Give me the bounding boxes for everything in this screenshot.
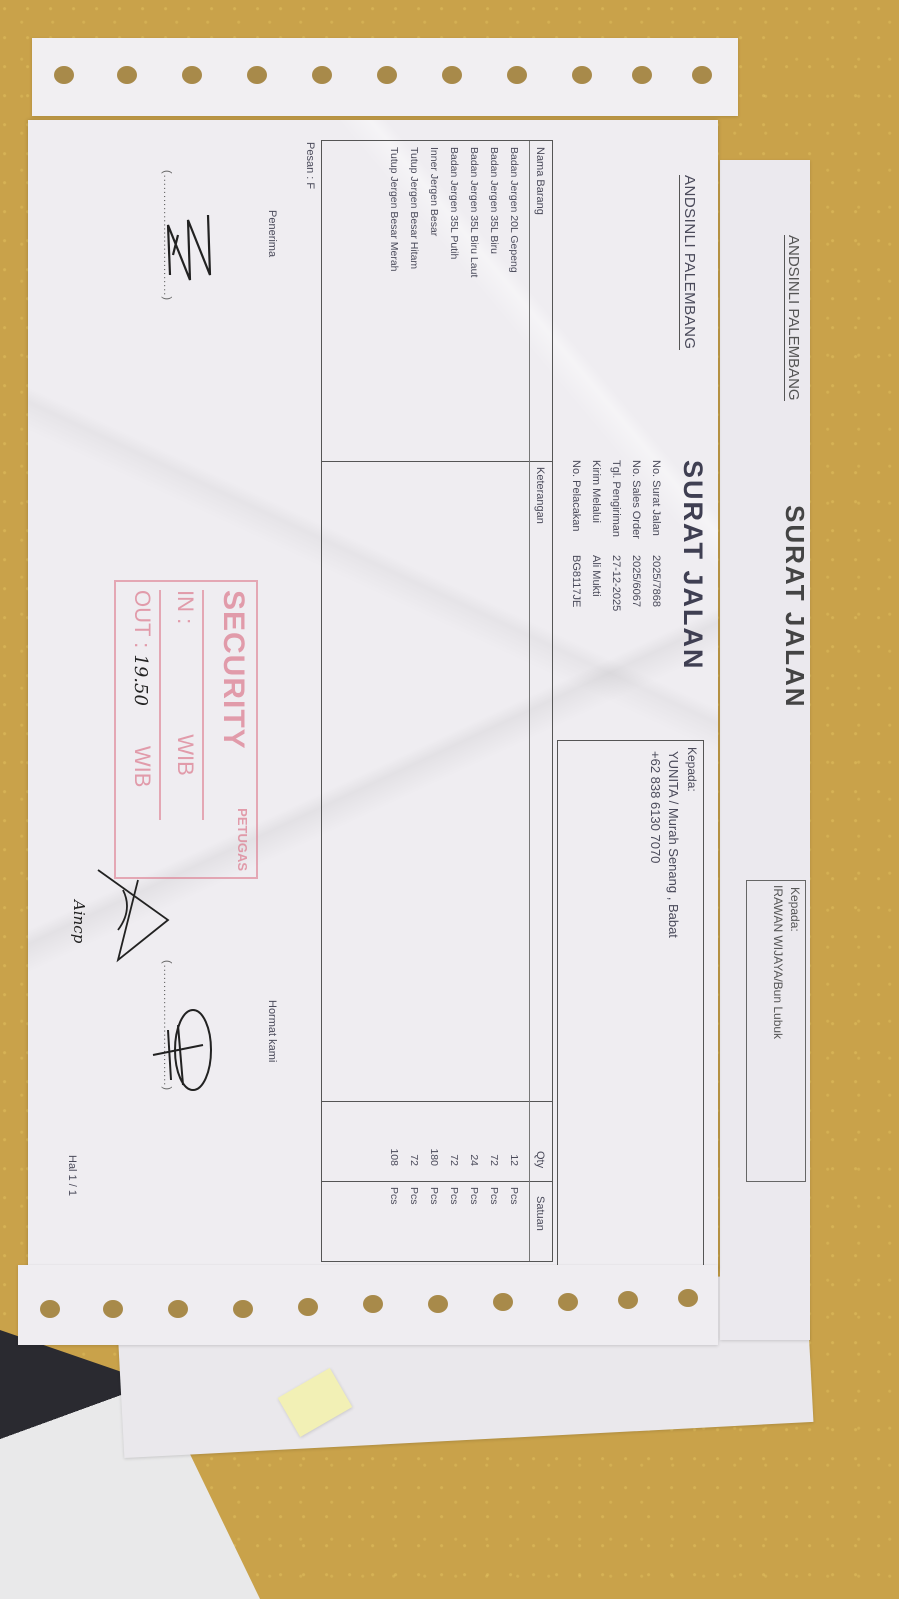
back-title: SURAT JALAN — [779, 505, 810, 709]
item-name: Badan Jergen 20L Gepeng — [504, 147, 524, 277]
meta-label: No. Sales Order — [626, 460, 646, 555]
item-name: Badan Jergen 35L Putih — [444, 147, 464, 277]
item-qty: 12 — [504, 1136, 524, 1166]
meta-label: No. Surat Jalan — [646, 460, 666, 555]
page-number: Hal 1 / 1 — [66, 1155, 78, 1196]
item-name: Inner Jergen Besar — [424, 147, 444, 277]
recipient-name: YUNITA / Murah Senang , Babat — [666, 751, 681, 1261]
stamp-officer-label: PETUGAS — [235, 808, 250, 871]
item-name: Badan Jergen 35L Biru Laut — [464, 147, 484, 277]
receiver-label: Penerima — [266, 210, 278, 257]
stamp-in-row: IN :WIB — [172, 590, 204, 820]
document-title: SURAT JALAN — [677, 460, 708, 671]
items-table: Nama Barang Keterangan Qty Satuan Badan … — [321, 140, 553, 1262]
delivery-note: ANDSINLI PALEMBANG SURAT JALAN No. Surat… — [28, 120, 718, 1270]
item-qty: 72 — [444, 1136, 464, 1166]
security-officer-name: Aincp — [70, 900, 88, 943]
item-unit: Pcs — [464, 1187, 484, 1205]
delivery-number: 2025/7868 — [646, 555, 666, 607]
item-unit: Pcs — [424, 1187, 444, 1205]
courier: Ali Mukti — [586, 555, 606, 597]
item-unit: Pcs — [444, 1187, 464, 1205]
item-unit: Pcs — [504, 1187, 524, 1205]
company-name: ANDSINLI PALEMBANG — [679, 175, 698, 350]
stamp-out-time: 19.50 — [130, 654, 151, 706]
item-names: Badan Jergen 20L GepengBadan Jergen 35L … — [384, 147, 524, 277]
item-name: Tutup Jergen Besar Hitam — [404, 147, 424, 277]
item-qty: 72 — [404, 1136, 424, 1166]
stamp-out-unit: WIB — [130, 746, 155, 788]
message-label: Pesan : F — [304, 142, 316, 189]
stamp-out-row: OUT : 19.50WIB — [129, 590, 161, 820]
item-qty: 180 — [424, 1136, 444, 1166]
back-recipient-name: IRAWAN WIJAYA/Bun Lubuk — [771, 885, 785, 1177]
tractor-feed-strip — [32, 38, 738, 116]
stamp-out-label: OUT : — [130, 590, 155, 648]
delivery-date: 27-12-2025 — [606, 555, 626, 611]
bottom-feed-strip — [18, 1265, 718, 1345]
sender-label: Hormat kami — [266, 1000, 278, 1062]
security-signature — [88, 860, 178, 980]
recipient-box: Kepada: YUNITA / Murah Senang , Babat +6… — [557, 740, 704, 1272]
item-unit: Pcs — [404, 1187, 424, 1205]
back-company: ANDSINLI PALEMBANG — [784, 235, 802, 401]
tracking-number: BG8117JE — [566, 555, 586, 607]
stamp-title: SECURITY — [216, 590, 250, 750]
recipient-phone: +62 838 6130 7070 — [648, 751, 663, 1261]
back-recipient-label: Kepada: — [788, 887, 802, 1175]
security-stamp: SECURITY PETUGAS IN :WIB OUT : 19.50WIB — [114, 580, 258, 879]
document-meta: No. Surat Jalan2025/7868 No. Sales Order… — [566, 460, 666, 611]
meta-label: Kirim Melalui — [586, 460, 606, 555]
stamp-in-label: IN : — [173, 590, 198, 624]
item-quantities: 1272247218072108 — [384, 1136, 524, 1166]
meta-label: Tgl. Pengiriman — [606, 460, 626, 555]
back-copy-sheet: ANDSINLI PALEMBANG SURAT JALAN Kepada: I… — [720, 160, 810, 1340]
stamp-in-unit: WIB — [173, 734, 198, 776]
item-name: Tutup Jergen Besar Merah — [384, 147, 404, 277]
item-units: PcsPcsPcsPcsPcsPcsPcs — [384, 1187, 524, 1205]
item-unit: Pcs — [484, 1187, 504, 1205]
sales-order-number: 2025/6067 — [626, 555, 646, 607]
header-item-name: Nama Barang — [534, 147, 546, 215]
header-note: Keterangan — [534, 467, 546, 524]
receiver-signature — [128, 195, 218, 305]
header-unit: Satuan — [534, 1196, 546, 1231]
recipient-label: Kepada: — [685, 747, 699, 1265]
item-qty: 24 — [464, 1136, 484, 1166]
item-name: Badan Jergen 35L Biru — [484, 147, 504, 277]
item-qty: 108 — [384, 1136, 404, 1166]
header-qty: Qty — [534, 1151, 546, 1168]
item-unit: Pcs — [384, 1187, 404, 1205]
sender-signature — [133, 995, 223, 1105]
item-qty: 72 — [484, 1136, 504, 1166]
meta-label: No. Pelacakan — [566, 460, 586, 555]
